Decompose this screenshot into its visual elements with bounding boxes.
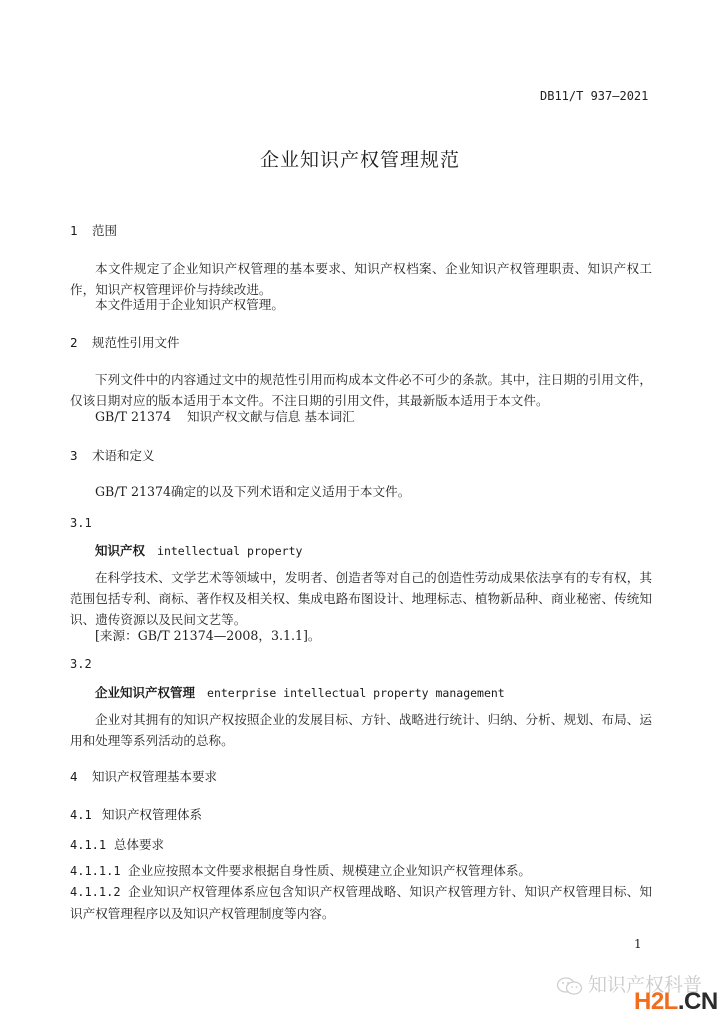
term-chinese: 知识产权 bbox=[95, 543, 145, 558]
subsection-number: 4.1 bbox=[70, 808, 102, 822]
term-english: intellectual property bbox=[157, 544, 302, 558]
section-number: 2 bbox=[70, 335, 92, 350]
document-number: DB11/T 937—2021 bbox=[540, 89, 648, 103]
term-3-2-definition: 企业对其拥有的知识产权按照企业的发展目标、方针、战略进行统计、归纳、分析、规划、… bbox=[70, 709, 652, 751]
document-page: DB11/T 937—2021 企业知识产权管理规范 1范围 本文件规定了企业知… bbox=[0, 0, 720, 1019]
section-1-heading: 1范围 bbox=[70, 221, 117, 239]
subsection-4-1-1-heading: 4.1.1总体要求 bbox=[70, 835, 164, 853]
section-title: 范围 bbox=[92, 223, 117, 238]
section-title: 规范性引用文件 bbox=[92, 335, 180, 350]
subsection-title: 总体要求 bbox=[114, 837, 164, 852]
clause-text: 企业知识产权管理体系应包含知识产权管理战略、知识产权管理方针、知识产权管理目标、… bbox=[70, 884, 652, 921]
clause-text: 企业应按照本文件要求根据自身性质、规模建立企业知识产权管理体系。 bbox=[128, 863, 531, 878]
section-number: 1 bbox=[70, 223, 92, 238]
term-3-2-label: 企业知识产权管理enterprise intellectual property… bbox=[95, 683, 505, 701]
wechat-icon bbox=[556, 976, 584, 996]
site-logo-part1: H2L bbox=[634, 988, 678, 1015]
section-number: 4 bbox=[70, 769, 92, 784]
section-3-heading: 3术语和定义 bbox=[70, 446, 155, 464]
subsection-number: 4.1.1 bbox=[70, 838, 114, 852]
clause-4-1-1-1: 4.1.1.1企业应按照本文件要求根据自身性质、规模建立企业知识产权管理体系。 bbox=[70, 860, 531, 882]
term-chinese: 企业知识产权管理 bbox=[95, 685, 195, 700]
section-title: 术语和定义 bbox=[92, 448, 155, 463]
term-3-1-label: 知识产权intellectual property bbox=[95, 541, 302, 559]
page-number: 1 bbox=[634, 937, 642, 951]
clause-4-1-1-2: 4.1.1.2企业知识产权管理体系应包含知识产权管理战略、知识产权管理方针、知识… bbox=[70, 881, 652, 924]
term-3-1-source: [来源：GB/T 21374—2008，3.1.1]。 bbox=[95, 625, 321, 646]
section-4-heading: 4知识产权管理基本要求 bbox=[70, 767, 217, 785]
term-3-1-number: 3.1 bbox=[70, 516, 92, 530]
section-3-intro: GB/T 21374确定的以及下列术语和定义适用于本文件。 bbox=[95, 481, 410, 502]
normative-reference: GB/T 21374知识产权文献与信息 基本词汇 bbox=[95, 406, 355, 427]
site-logo-watermark: H2L.CN bbox=[634, 988, 718, 1016]
subsection-title: 知识产权管理体系 bbox=[102, 807, 202, 822]
term-english: enterprise intellectual property managem… bbox=[207, 686, 505, 700]
subsection-4-1-heading: 4.1知识产权管理体系 bbox=[70, 805, 202, 823]
site-logo-part2: .CN bbox=[678, 988, 718, 1015]
clause-number: 4.1.1.1 bbox=[70, 861, 128, 882]
section-title: 知识产权管理基本要求 bbox=[92, 769, 217, 784]
reference-title: 知识产权文献与信息 基本词汇 bbox=[187, 409, 355, 424]
reference-code: GB/T 21374 bbox=[95, 409, 171, 424]
document-title: 企业知识产权管理规范 bbox=[0, 145, 720, 172]
term-3-1-definition: 在科学技术、文学艺术等领域中，发明者、创造者等对自己的创造性劳动成果依法享有的专… bbox=[70, 567, 652, 630]
clause-number: 4.1.1.2 bbox=[70, 882, 128, 903]
section-1-paragraph-2: 本文件适用于企业知识产权管理。 bbox=[70, 294, 652, 315]
section-2-paragraph: 下列文件中的内容通过文中的规范性引用而构成本文件必不可少的条款。其中，注日期的引… bbox=[70, 369, 652, 411]
term-3-2-number: 3.2 bbox=[70, 657, 92, 671]
section-number: 3 bbox=[70, 448, 92, 463]
section-2-heading: 2规范性引用文件 bbox=[70, 333, 180, 351]
